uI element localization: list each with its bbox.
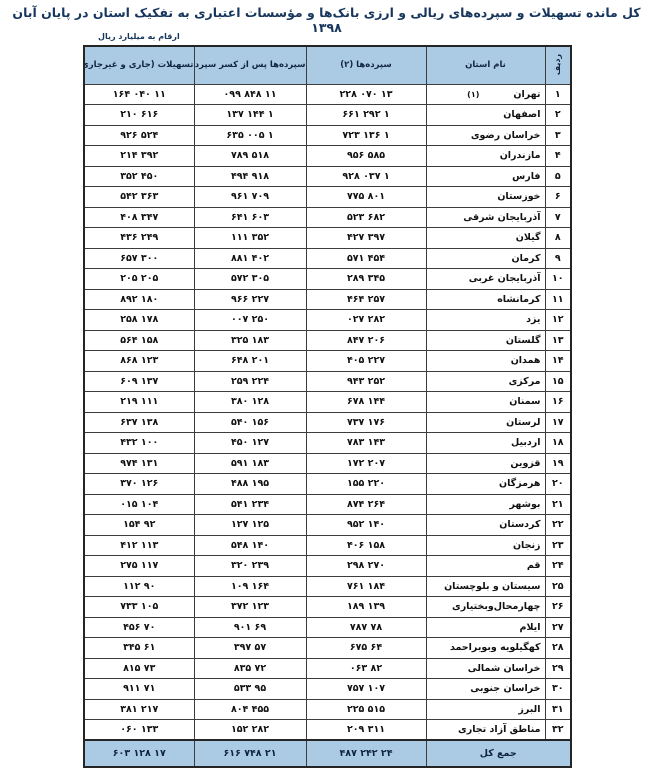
deposits-cell: ۳۹۷ ۴۲۷ (306, 228, 426, 249)
facilities-cell: ۱۲۳ ۸۶۸ (84, 351, 194, 372)
row-number-cell: ۲۰ (545, 474, 571, 495)
deposits-net-cell: ۳۵۲ ۱۱۱ (194, 228, 306, 249)
table-row: ۱۶ سمنان ۱۴۴ ۶۷۸ ۱۲۸ ۳۸۰ ۱۱۱ ۲۱۹ (84, 392, 571, 413)
facilities-cell: ۱۱۳ ۴۱۲ (84, 535, 194, 556)
facilities-cell: ۶۱۶ ۲۱۰ (84, 105, 194, 126)
facilities-cell: ۲۱۷ ۳۸۱ (84, 699, 194, 720)
row-number-cell: ۱۶ (545, 392, 571, 413)
row-number-cell: ۲۵ (545, 576, 571, 597)
table-footer: جمع کل ۲۴ ۲۴۲ ۴۸۷ ۲۱ ۷۴۸ ۶۱۶ ۱۷ ۱۲۸ ۶۰۳ (84, 740, 571, 767)
deposits-cell: ۵۸۵ ۹۵۶ (306, 146, 426, 167)
header-row-number: ردیف (545, 46, 571, 84)
facilities-cell: ۱۳۱ ۹۷۴ (84, 453, 194, 474)
province-cell: آذربایجان شرقی (426, 207, 545, 228)
province-cell: البرز (426, 699, 545, 720)
deposits-net-cell: ۱۲۷ ۴۵۰ (194, 433, 306, 454)
deposits-net-cell: ۱۸۳ ۵۹۱ (194, 453, 306, 474)
deposits-cell: ۲۰۶ ۸۴۷ (306, 330, 426, 351)
province-cell: ایلام (426, 617, 545, 638)
total-deposits-net: ۲۱ ۷۴۸ ۶۱۶ (194, 740, 306, 767)
province-cell: گیلان (426, 228, 545, 249)
province-cell: لرستان (426, 412, 545, 433)
footnote-marker: (۱) (467, 90, 479, 99)
table-header: ردیف نام استان سپرده‌ها (۲) سپرده‌ها پس … (84, 46, 571, 84)
total-deposits: ۲۴ ۲۴۲ ۴۸۷ (306, 740, 426, 767)
province-name: ایلام (520, 622, 541, 633)
facilities-cell: ۳۹۲ ۲۱۴ (84, 146, 194, 167)
deposits-net-cell: ۷۲ ۸۳۵ (194, 658, 306, 679)
deposits-net-cell: ۱۵۶ ۵۴۰ (194, 412, 306, 433)
facilities-cell: ۱۸۰ ۸۹۲ (84, 289, 194, 310)
facilities-cell: ۱۵۸ ۵۶۴ (84, 330, 194, 351)
deposits-cell: ۱۸۴ ۷۶۱ (306, 576, 426, 597)
facilities-cell: ۳۴۷ ۴۰۸ (84, 207, 194, 228)
deposits-cell: ۲۲۰ ۱۵۵ (306, 474, 426, 495)
deposits-net-cell: ۴۰۲ ۸۸۱ (194, 248, 306, 269)
province-cell: خوزستان (426, 187, 545, 208)
table-row: ۳ خراسان رضوی ۱ ۱۳۶ ۷۲۳ ۱ ۰۰۵ ۶۳۵ ۵۲۴ ۹۲… (84, 125, 571, 146)
table-row: ۱۲ یزد ۲۸۲ ۰۲۷ ۲۵۰ ۰۰۷ ۱۷۸ ۲۵۸ (84, 310, 571, 331)
table-row: ۲۰ هرمزگان ۲۲۰ ۱۵۵ ۱۹۵ ۴۸۸ ۱۲۶ ۳۷۰ (84, 474, 571, 495)
province-name: قم (527, 560, 541, 571)
province-name: زنجان (513, 540, 541, 551)
deposits-net-cell: ۱۹۵ ۴۸۸ (194, 474, 306, 495)
deposits-cell: ۱۷۶ ۷۳۷ (306, 412, 426, 433)
province-name: چهارمحال‌وبختیاری (452, 601, 541, 612)
table-row: ۲۲ کردستان ۱۴۰ ۹۵۲ ۱۲۵ ۱۲۷ ۹۲ ۱۵۴ (84, 515, 571, 536)
unit-note: ارقام به میلیارد ریال (98, 32, 180, 41)
province-name: البرز (518, 704, 540, 715)
province-cell: کهگیلویه وبویراحمد (426, 638, 545, 659)
row-number-cell: ۷ (545, 207, 571, 228)
deposits-cell: ۲۵۷ ۴۶۴ (306, 289, 426, 310)
row-number-cell: ۲۹ (545, 658, 571, 679)
report-page: { "title": "کل مانده تسهیلات و سپرده‌های… (0, 0, 653, 771)
deposits-net-cell: ۶۰۳ ۶۴۱ (194, 207, 306, 228)
province-cell: خراسان رضوی (426, 125, 545, 146)
header-deposits-net: سپرده‌ها پس از کسر سپرده قانونی (194, 46, 306, 84)
deposits-cell: ۳۱۱ ۲۰۹ (306, 720, 426, 741)
table-row: ۴ مازندران ۵۸۵ ۹۵۶ ۵۱۸ ۷۸۹ ۳۹۲ ۲۱۴ (84, 146, 571, 167)
table-row: ۲۸ کهگیلویه وبویراحمد ۶۴ ۶۷۵ ۵۷ ۳۹۷ ۶۱ ۳… (84, 638, 571, 659)
facilities-cell: ۵۲۴ ۹۲۶ (84, 125, 194, 146)
deposits-cell: ۸۲ ۰۶۳ (306, 658, 426, 679)
total-facilities: ۱۷ ۱۲۸ ۶۰۳ (84, 740, 194, 767)
province-cell: قم (426, 556, 545, 577)
province-cell: مرکزی (426, 371, 545, 392)
deposits-cell: ۵۱۵ ۲۲۵ (306, 699, 426, 720)
province-cell: سمنان (426, 392, 545, 413)
province-cell: هرمزگان (426, 474, 545, 495)
facilities-cell: ۷۱ ۹۱۱ (84, 679, 194, 700)
row-number-cell: ۱۷ (545, 412, 571, 433)
row-number-cell: ۲۲ (545, 515, 571, 536)
deposits-cell: ۱۴۰ ۹۵۲ (306, 515, 426, 536)
row-number-cell: ۲۱ (545, 494, 571, 515)
province-name: گلستان (506, 335, 541, 346)
province-name: لرستان (506, 417, 540, 428)
deposits-cell: ۳۴۵ ۲۸۹ (306, 269, 426, 290)
table-row: ۲۳ زنجان ۱۵۸ ۴۰۶ ۱۴۰ ۵۴۸ ۱۱۳ ۴۱۲ (84, 535, 571, 556)
row-number-cell: ۲۶ (545, 597, 571, 618)
deposits-net-cell: ۱۶۴ ۱۰۹ (194, 576, 306, 597)
province-cell: بوشهر (426, 494, 545, 515)
row-number-cell: ۱۵ (545, 371, 571, 392)
facilities-cell: ۱۳۳ ۰۶۰ (84, 720, 194, 741)
deposits-cell: ۲۲۷ ۴۰۵ (306, 351, 426, 372)
facilities-cell: ۱۰۴ ۰۱۵ (84, 494, 194, 515)
row-number-cell: ۳۲ (545, 720, 571, 741)
province-name: خراسان جنوبی (470, 683, 540, 694)
facilities-cell: ۷۰ ۴۵۶ (84, 617, 194, 638)
deposits-cell: ۱ ۱۳۶ ۷۲۳ (306, 125, 426, 146)
deposits-cell: ۱ ۰۳۷ ۹۲۸ (306, 166, 426, 187)
deposits-cell: ۴۵۴ ۵۷۱ (306, 248, 426, 269)
table-body: ۱ تهران(۱) ۱۳ ۰۷۰ ۲۲۸ ۱۱ ۸۴۸ ۰۹۹ ۱۱ ۰۴۰ … (84, 84, 571, 740)
deposits-net-cell: ۱۸۳ ۳۲۵ (194, 330, 306, 351)
deposits-net-cell: ۹۵ ۵۳۳ (194, 679, 306, 700)
facilities-cell: ۶۱ ۳۴۵ (84, 638, 194, 659)
deposits-net-cell: ۲۵۰ ۰۰۷ (194, 310, 306, 331)
deposits-cell: ۱۴۴ ۶۷۸ (306, 392, 426, 413)
row-number-cell: ۱۳ (545, 330, 571, 351)
facilities-cell: ۱۷۸ ۲۵۸ (84, 310, 194, 331)
province-cell: سیستان و بلوچستان (426, 576, 545, 597)
table-row: ۱۰ آذربایجان غربی ۳۴۵ ۲۸۹ ۳۰۵ ۵۷۲ ۲۰۵ ۲۰… (84, 269, 571, 290)
province-name: یزد (526, 314, 540, 325)
province-cell: کرمان (426, 248, 545, 269)
table-row: ۹ کرمان ۴۵۴ ۵۷۱ ۴۰۲ ۸۸۱ ۳۰۰ ۶۵۷ (84, 248, 571, 269)
deposits-net-cell: ۱ ۱۴۴ ۱۳۷ (194, 105, 306, 126)
facilities-cell: ۳۶۳ ۵۴۲ (84, 187, 194, 208)
province-name: آذربایجان شرقی (463, 212, 540, 223)
table-row: ۶ خوزستان ۸۰۱ ۷۷۵ ۷۰۹ ۹۶۱ ۳۶۳ ۵۴۲ (84, 187, 571, 208)
deposits-net-cell: ۲۲۴ ۲۵۹ (194, 371, 306, 392)
deposits-cell: ۸۰۱ ۷۷۵ (306, 187, 426, 208)
province-name: خوزستان (497, 191, 540, 202)
province-name: سمنان (509, 396, 540, 407)
header-facilities: تسهیلات (جاری و غیرجاری) (84, 46, 194, 84)
row-number-cell: ۱ (545, 84, 571, 105)
deposits-cell: ۱۳ ۰۷۰ ۲۲۸ (306, 84, 426, 105)
table-row: ۸ گیلان ۳۹۷ ۴۲۷ ۳۵۲ ۱۱۱ ۲۴۹ ۴۳۶ (84, 228, 571, 249)
facilities-cell: ۱۳۸ ۶۳۷ (84, 412, 194, 433)
deposits-cell: ۲۶۴ ۸۷۴ (306, 494, 426, 515)
facilities-cell: ۱۳۷ ۶۰۹ (84, 371, 194, 392)
total-label: جمع کل (426, 740, 571, 767)
deposits-cell: ۱۴۳ ۷۸۳ (306, 433, 426, 454)
facilities-cell: ۳۰۰ ۶۵۷ (84, 248, 194, 269)
row-number-cell: ۱۸ (545, 433, 571, 454)
row-number-cell: ۲۴ (545, 556, 571, 577)
row-number-cell: ۱۴ (545, 351, 571, 372)
province-name: اردبیل (511, 437, 541, 448)
table-row: ۱۸ اردبیل ۱۴۳ ۷۸۳ ۱۲۷ ۴۵۰ ۱۰۰ ۴۳۲ (84, 433, 571, 454)
province-name: کرمانشاه (497, 294, 540, 305)
province-name: کهگیلویه وبویراحمد (450, 642, 541, 653)
row-number-cell: ۱۱ (545, 289, 571, 310)
deposits-cell: ۲۵۲ ۹۴۳ (306, 371, 426, 392)
row-number-cell: ۸ (545, 228, 571, 249)
province-cell: مناطق آزاد تجاری (426, 720, 545, 741)
deposits-net-cell: ۲۸۲ ۱۵۲ (194, 720, 306, 741)
table-row: ۱۱ کرمانشاه ۲۵۷ ۴۶۴ ۲۲۷ ۹۶۶ ۱۸۰ ۸۹۲ (84, 289, 571, 310)
province-cell: همدان (426, 351, 545, 372)
facilities-cell: ۱۰۵ ۷۳۳ (84, 597, 194, 618)
facilities-cell: ۱۱۱ ۲۱۹ (84, 392, 194, 413)
province-cell: زنجان (426, 535, 545, 556)
row-number-cell: ۴ (545, 146, 571, 167)
province-name: قزوین (510, 458, 540, 469)
deposits-net-cell: ۱۲۳ ۳۷۲ (194, 597, 306, 618)
row-number-cell: ۳۰ (545, 679, 571, 700)
row-number-cell: ۲۸ (545, 638, 571, 659)
deposits-cell: ۱ ۲۹۲ ۶۶۱ (306, 105, 426, 126)
province-name: آذربایجان غربی (469, 273, 541, 284)
province-cell: اصفهان (426, 105, 545, 126)
row-number-cell: ۹ (545, 248, 571, 269)
deposits-net-cell: ۲۳۴ ۵۴۱ (194, 494, 306, 515)
deposits-cell: ۲۸۲ ۰۲۷ (306, 310, 426, 331)
deposits-net-cell: ۴۵۵ ۸۰۴ (194, 699, 306, 720)
province-name: سیستان و بلوچستان (444, 581, 540, 592)
table-row: ۲ اصفهان ۱ ۲۹۲ ۶۶۱ ۱ ۱۴۴ ۱۳۷ ۶۱۶ ۲۱۰ (84, 105, 571, 126)
deposits-cell: ۲۰۷ ۱۷۲ (306, 453, 426, 474)
province-name: اصفهان (503, 109, 540, 120)
province-name: کردستان (499, 519, 540, 530)
header-deposits: سپرده‌ها (۲) (306, 46, 426, 84)
header-province: نام استان (426, 46, 545, 84)
row-number-cell: ۲۳ (545, 535, 571, 556)
header-row-number-label: ردیف (553, 54, 562, 75)
province-name: مرکزی (509, 376, 541, 387)
table-row: ۱۷ لرستان ۱۷۶ ۷۳۷ ۱۵۶ ۵۴۰ ۱۳۸ ۶۳۷ (84, 412, 571, 433)
row-number-cell: ۵ (545, 166, 571, 187)
facilities-cell: ۹۲ ۱۵۴ (84, 515, 194, 536)
deposits-net-cell: ۳۰۵ ۵۷۲ (194, 269, 306, 290)
deposits-net-cell: ۷۰۹ ۹۶۱ (194, 187, 306, 208)
facilities-cell: ۲۰۵ ۲۰۵ (84, 269, 194, 290)
province-cell: چهارمحال‌وبختیاری (426, 597, 545, 618)
province-cell: کرمانشاه (426, 289, 545, 310)
facilities-cell: ۹۰ ۱۱۲ (84, 576, 194, 597)
province-name: هرمزگان (499, 478, 541, 489)
deposits-net-cell: ۱۲۸ ۳۸۰ (194, 392, 306, 413)
province-name: همدان (511, 355, 541, 366)
province-cell: مازندران (426, 146, 545, 167)
facilities-cell: ۲۴۹ ۴۳۶ (84, 228, 194, 249)
province-name: مازندران (500, 150, 541, 161)
province-cell: فارس (426, 166, 545, 187)
row-number-cell: ۳۱ (545, 699, 571, 720)
table-row: ۲۷ ایلام ۷۸ ۷۸۷ ۶۹ ۹۰۱ ۷۰ ۴۵۶ (84, 617, 571, 638)
page-title: کل مانده تسهیلات و سپرده‌های ریالی و ارز… (0, 5, 653, 35)
province-name: مناطق آزاد تجاری (458, 724, 540, 735)
table-row: ۲۹ خراسان شمالی ۸۲ ۰۶۳ ۷۲ ۸۳۵ ۷۳ ۸۱۵ (84, 658, 571, 679)
deposits-net-cell: ۱۱ ۸۴۸ ۰۹۹ (194, 84, 306, 105)
table-row: ۲۵ سیستان و بلوچستان ۱۸۴ ۷۶۱ ۱۶۴ ۱۰۹ ۹۰ … (84, 576, 571, 597)
province-cell: قزوین (426, 453, 545, 474)
deposits-net-cell: ۱۲۵ ۱۲۷ (194, 515, 306, 536)
deposits-net-cell: ۹۱۸ ۴۹۴ (194, 166, 306, 187)
province-name: گیلان (516, 232, 541, 243)
province-cell: یزد (426, 310, 545, 331)
province-name: فارس (512, 171, 540, 182)
facilities-cell: ۱۱۷ ۲۷۵ (84, 556, 194, 577)
deposits-cell: ۷۸ ۷۸۷ (306, 617, 426, 638)
table-row: ۱ تهران(۱) ۱۳ ۰۷۰ ۲۲۸ ۱۱ ۸۴۸ ۰۹۹ ۱۱ ۰۴۰ … (84, 84, 571, 105)
deposits-cell: ۱۰۷ ۷۵۷ (306, 679, 426, 700)
deposits-net-cell: ۲۳۹ ۳۲۰ (194, 556, 306, 577)
province-cell: کردستان (426, 515, 545, 536)
deposits-net-cell: ۵۷ ۳۹۷ (194, 638, 306, 659)
province-cell: خراسان جنوبی (426, 679, 545, 700)
row-number-cell: ۱۹ (545, 453, 571, 474)
row-number-cell: ۳ (545, 125, 571, 146)
province-cell: تهران(۱) (426, 84, 545, 105)
row-number-cell: ۱۲ (545, 310, 571, 331)
table-row: ۲۴ قم ۲۷۰ ۲۹۸ ۲۳۹ ۳۲۰ ۱۱۷ ۲۷۵ (84, 556, 571, 577)
facilities-cell: ۴۵۰ ۳۵۲ (84, 166, 194, 187)
row-number-cell: ۲ (545, 105, 571, 126)
deposits-cell: ۱۵۸ ۴۰۶ (306, 535, 426, 556)
table-row: ۲۶ چهارمحال‌وبختیاری ۱۳۹ ۱۸۹ ۱۲۳ ۳۷۲ ۱۰۵… (84, 597, 571, 618)
table-row: ۲۱ بوشهر ۲۶۴ ۸۷۴ ۲۳۴ ۵۴۱ ۱۰۴ ۰۱۵ (84, 494, 571, 515)
province-name: بوشهر (509, 499, 540, 510)
table-row: ۱۳ گلستان ۲۰۶ ۸۴۷ ۱۸۳ ۳۲۵ ۱۵۸ ۵۶۴ (84, 330, 571, 351)
deposits-net-cell: ۵۱۸ ۷۸۹ (194, 146, 306, 167)
deposits-net-cell: ۶۹ ۹۰۱ (194, 617, 306, 638)
province-cell: گلستان (426, 330, 545, 351)
table-row: ۷ آذربایجان شرقی ۶۸۲ ۵۲۳ ۶۰۳ ۶۴۱ ۳۴۷ ۴۰۸ (84, 207, 571, 228)
provinces-table: ردیف نام استان سپرده‌ها (۲) سپرده‌ها پس … (83, 45, 572, 768)
total-row: جمع کل ۲۴ ۲۴۲ ۴۸۷ ۲۱ ۷۴۸ ۶۱۶ ۱۷ ۱۲۸ ۶۰۳ (84, 740, 571, 767)
facilities-cell: ۱۰۰ ۴۳۲ (84, 433, 194, 454)
deposits-net-cell: ۱ ۰۰۵ ۶۳۵ (194, 125, 306, 146)
row-number-cell: ۱۰ (545, 269, 571, 290)
province-name: خراسان شمالی (468, 663, 541, 674)
table-row: ۳۱ البرز ۵۱۵ ۲۲۵ ۴۵۵ ۸۰۴ ۲۱۷ ۳۸۱ (84, 699, 571, 720)
deposits-cell: ۶۴ ۶۷۵ (306, 638, 426, 659)
row-number-cell: ۲۷ (545, 617, 571, 638)
province-name: خراسان رضوی (471, 130, 541, 141)
table-row: ۳۰ خراسان جنوبی ۱۰۷ ۷۵۷ ۹۵ ۵۳۳ ۷۱ ۹۱۱ (84, 679, 571, 700)
deposits-cell: ۶۸۲ ۵۲۳ (306, 207, 426, 228)
deposits-net-cell: ۱۴۰ ۵۴۸ (194, 535, 306, 556)
deposits-net-cell: ۲۲۷ ۹۶۶ (194, 289, 306, 310)
facilities-cell: ۷۳ ۸۱۵ (84, 658, 194, 679)
table-row: ۱۹ قزوین ۲۰۷ ۱۷۲ ۱۸۳ ۵۹۱ ۱۳۱ ۹۷۴ (84, 453, 571, 474)
facilities-cell: ۱۱ ۰۴۰ ۱۶۴ (84, 84, 194, 105)
deposits-net-cell: ۲۰۱ ۶۴۸ (194, 351, 306, 372)
deposits-cell: ۱۳۹ ۱۸۹ (306, 597, 426, 618)
table-row: ۳۲ مناطق آزاد تجاری ۳۱۱ ۲۰۹ ۲۸۲ ۱۵۲ ۱۳۳ … (84, 720, 571, 741)
province-cell: اردبیل (426, 433, 545, 454)
table-row: ۱۵ مرکزی ۲۵۲ ۹۴۳ ۲۲۴ ۲۵۹ ۱۳۷ ۶۰۹ (84, 371, 571, 392)
facilities-cell: ۱۲۶ ۳۷۰ (84, 474, 194, 495)
table-row: ۱۴ همدان ۲۲۷ ۴۰۵ ۲۰۱ ۶۴۸ ۱۲۳ ۸۶۸ (84, 351, 571, 372)
row-number-cell: ۶ (545, 187, 571, 208)
province-name: کرمان (512, 253, 541, 264)
table-row: ۵ فارس ۱ ۰۳۷ ۹۲۸ ۹۱۸ ۴۹۴ ۴۵۰ ۳۵۲ (84, 166, 571, 187)
province-cell: خراسان شمالی (426, 658, 545, 679)
province-name: تهران (513, 89, 540, 100)
province-cell: آذربایجان غربی (426, 269, 545, 290)
deposits-cell: ۲۷۰ ۲۹۸ (306, 556, 426, 577)
